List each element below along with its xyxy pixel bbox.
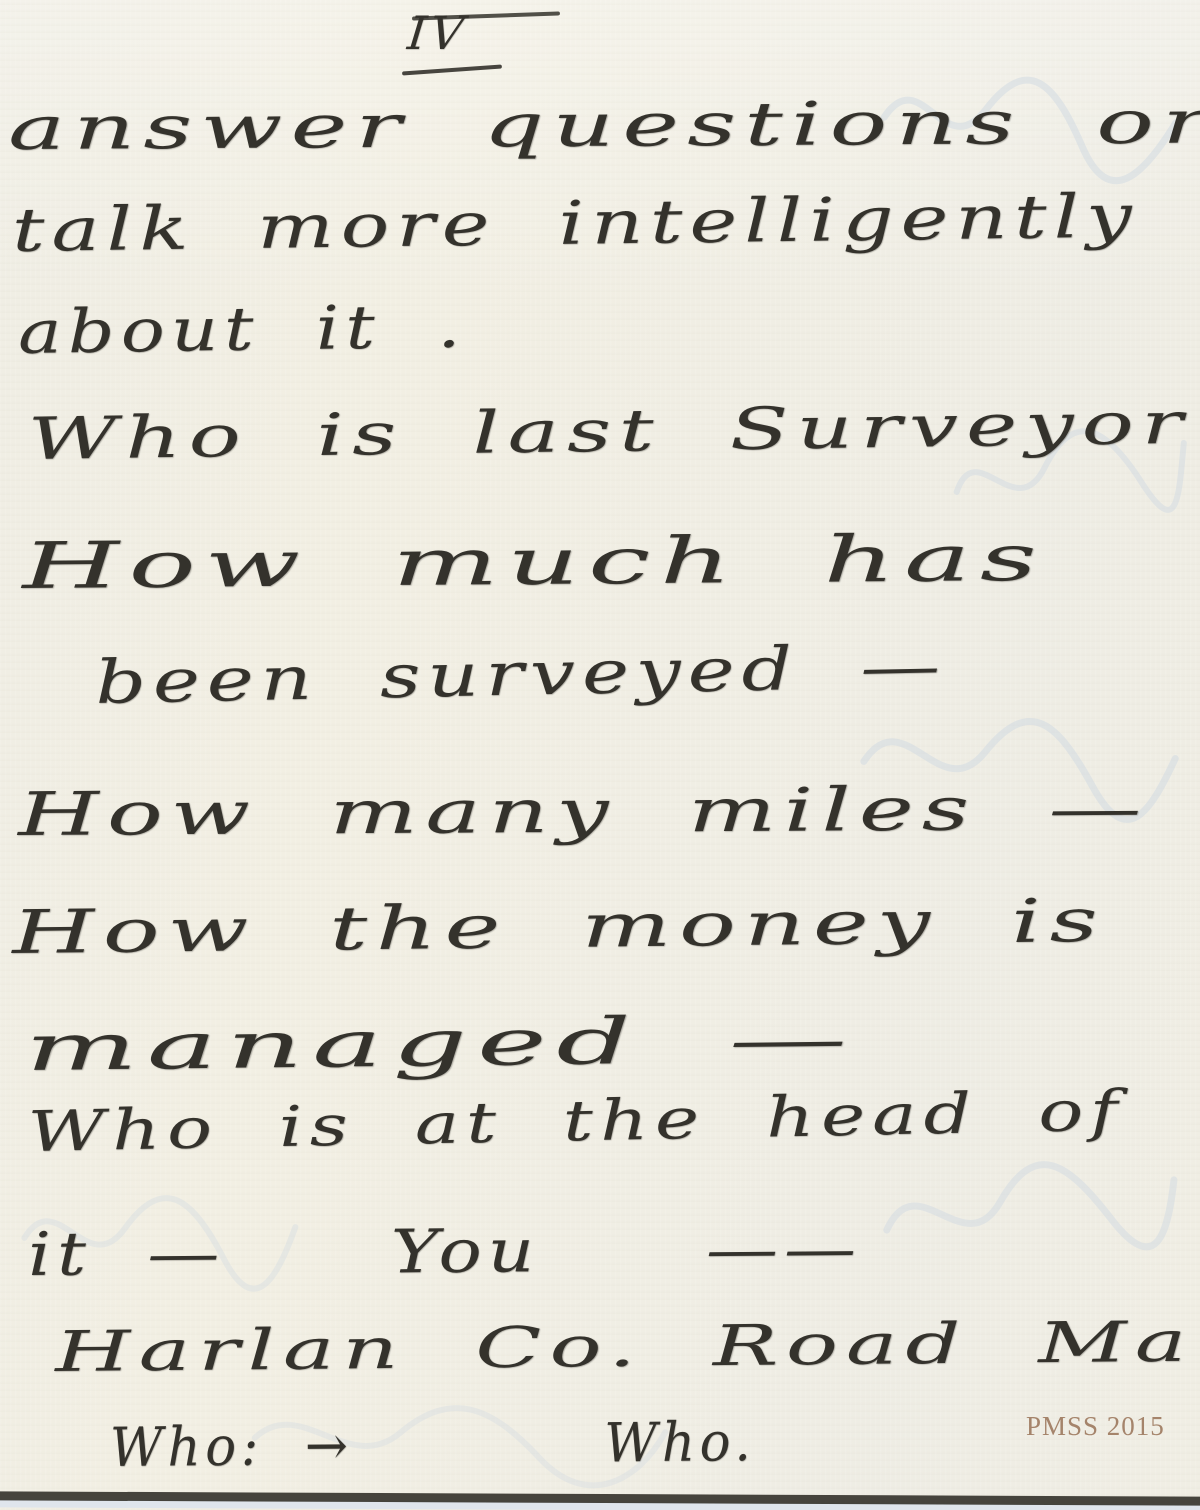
handwritten-line-8: How the money is xyxy=(11,888,1107,966)
heading-underline-stroke xyxy=(402,65,502,76)
handwritten-line-3: about it . xyxy=(17,294,467,366)
handwritten-line-6: been surveyed — xyxy=(94,633,948,716)
handwritten-line-1: answer questions or xyxy=(8,89,1200,162)
handwritten-line-13: Who: → Who. xyxy=(110,1412,756,1477)
handwritten-line-9: managed — xyxy=(24,1005,858,1085)
handwritten-line-10: Who is at the head of xyxy=(27,1081,1126,1164)
handwritten-line-11: it — You —— xyxy=(28,1216,863,1288)
section-heading: IV xyxy=(404,6,467,60)
handwritten-line-4: Who is last Surveyor xyxy=(27,392,1191,472)
manuscript-page: IV answer questions or talk more intelli… xyxy=(0,0,1200,1510)
handwritten-line-7: How many miles — xyxy=(18,776,1150,848)
handwritten-line-2: talk more intelligently xyxy=(11,183,1139,264)
section-numeral: IV xyxy=(401,6,470,60)
handwritten-line-12: Harlan Co. Road Man xyxy=(54,1311,1200,1383)
watermark: PMSS 2015 xyxy=(1026,1411,1165,1442)
handwritten-line-5: How much has xyxy=(21,524,1046,603)
